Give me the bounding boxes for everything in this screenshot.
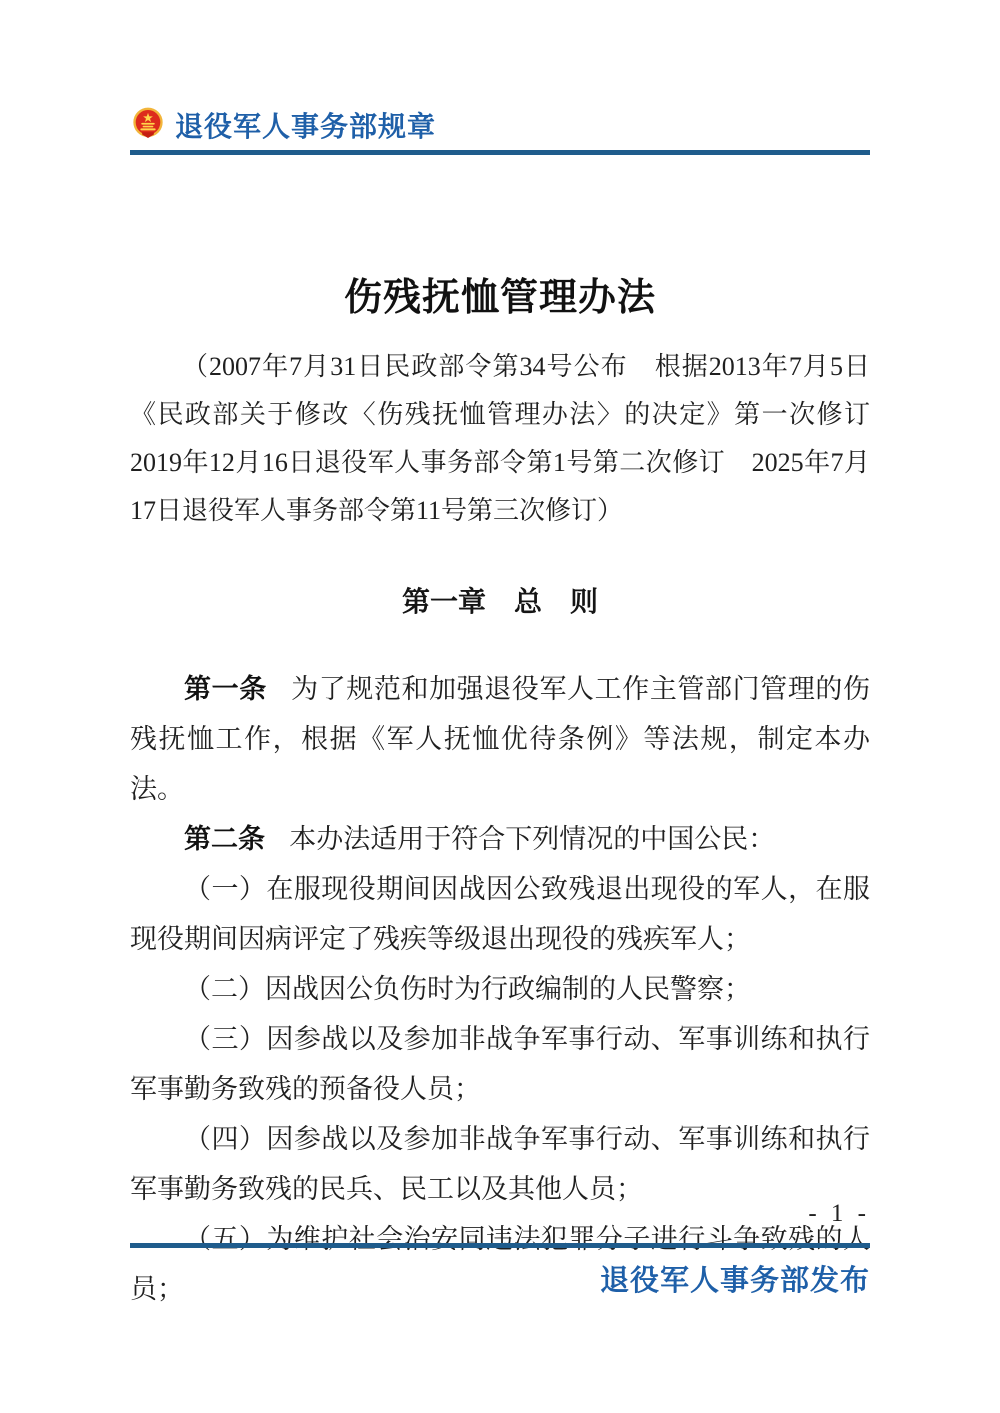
page-number: - 1 - — [808, 1200, 870, 1228]
publisher-label: 退役军人事务部发布 — [600, 1258, 870, 1299]
article-item-1: （一）在服现役期间因战因公致残退出现役的军人，在服现役期间因病评定了残疾等级退出… — [130, 864, 870, 964]
header-category-label: 退役军人事务部规章 — [175, 105, 436, 145]
article-item-3: （三）因参战以及参加非战争军事行动、军事训练和执行军事勤务致残的预备役人员； — [130, 1014, 870, 1114]
article-paragraph-2: 第二条本办法适用于符合下列情况的中国公民： — [130, 814, 870, 864]
document-body: 第一条为了规范和加强退役军人工作主管部门管理的伤残抚恤工作，根据《军人抚恤优待条… — [130, 664, 870, 1314]
article-text: （四）因参战以及参加非战争军事行动、军事训练和执行军事勤务致残的民兵、民工以及其… — [130, 1124, 870, 1204]
article-text: （二）因战因公负伤时为行政编制的人民警察； — [184, 974, 751, 1004]
article-text: 本办法适用于符合下列情况的中国公民： — [289, 824, 775, 854]
document-title: 伤残抚恤管理办法 — [130, 266, 870, 321]
article-label: 第一条 — [184, 674, 267, 704]
article-text: （一）在服现役期间因战因公致残退出现役的军人，在服现役期间因病评定了残疾等级退出… — [130, 874, 870, 954]
national-emblem-icon — [130, 106, 166, 144]
document-page: 退役军人事务部规章 伤残抚恤管理办法 （2007年7月31日民政部令第34号公布… — [0, 0, 1000, 1413]
chapter-heading: 第一章 总 则 — [130, 580, 870, 620]
article-item-4: （四）因参战以及参加非战争军事行动、军事训练和执行军事勤务致残的民兵、民工以及其… — [130, 1114, 870, 1214]
article-text: （三）因参战以及参加非战争军事行动、军事训练和执行军事勤务致残的预备役人员； — [130, 1024, 870, 1104]
footer-divider — [130, 1243, 870, 1248]
article-item-2: （二）因战因公负伤时为行政编制的人民警察； — [130, 964, 870, 1014]
page-header: 退役军人事务部规章 — [130, 104, 870, 146]
document-preamble: （2007年7月31日民政部令第34号公布 根据2013年7月5日《民政部关于修… — [130, 343, 870, 535]
header-divider — [130, 150, 870, 155]
article-paragraph-1: 第一条为了规范和加强退役军人工作主管部门管理的伤残抚恤工作，根据《军人抚恤优待条… — [130, 664, 870, 814]
article-label: 第二条 — [184, 824, 265, 854]
